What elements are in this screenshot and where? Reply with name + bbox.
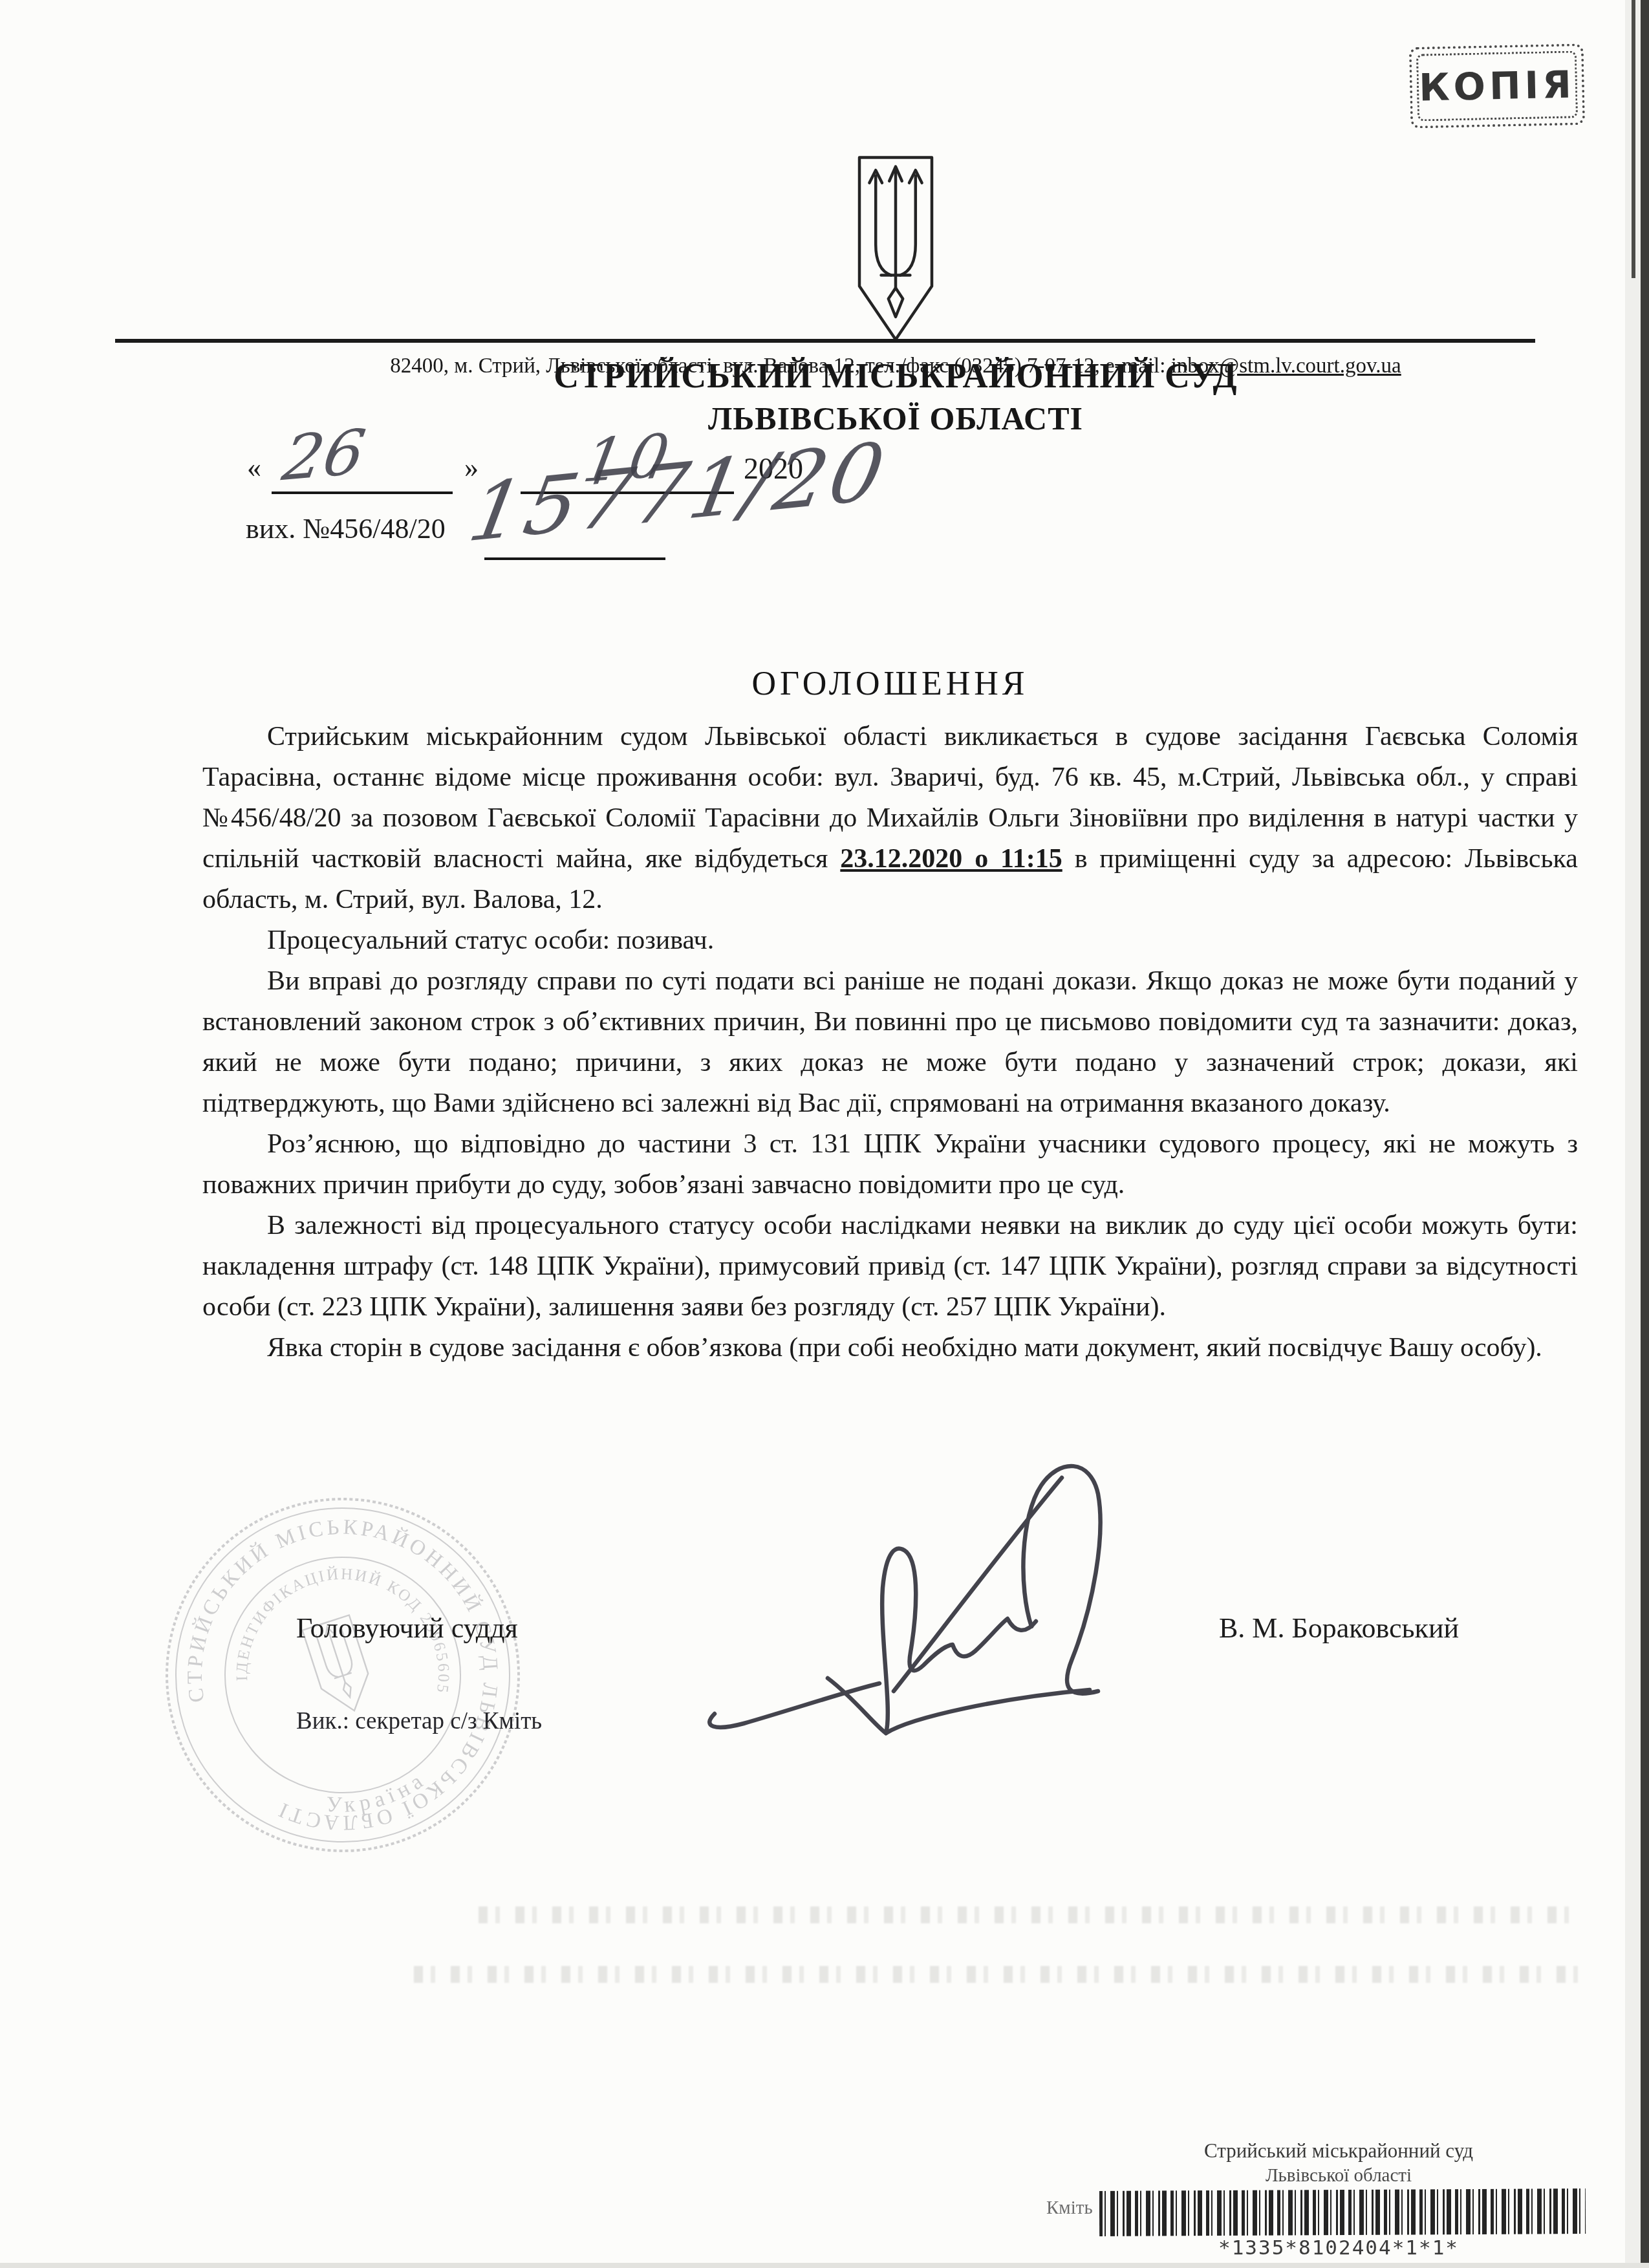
paragraph-evidence: Ви вправі до розгляду справи по суті под…	[202, 961, 1578, 1124]
document-title: ОГОЛОШЕННЯ	[202, 665, 1578, 703]
scan-edge-dark-strip	[1641, 0, 1649, 2268]
presiding-judge-label: Головуючий суддя	[296, 1612, 518, 1645]
executor-line: Вик.: секретар с/з Кміть	[296, 1707, 542, 1735]
copy-stamp-label: КОПІЯ	[1419, 62, 1576, 109]
court-name-line2: ЛЬВІВСЬКОЇ ОБЛАСТІ	[194, 400, 1597, 437]
trident-emblem-icon	[850, 152, 941, 346]
footer-court-name-line2: Львівської області	[1145, 2165, 1533, 2187]
ref-blank-line	[484, 557, 665, 560]
paragraph-notice: Роз’яснюю, що відповідно до частини 3 ст…	[202, 1124, 1578, 1205]
scan-edge-light-strip	[1625, 0, 1641, 2268]
court-address-line: 82400, м. Стрий, Львівської області, вул…	[194, 354, 1597, 378]
court-email: inbox@stm.lv.court.gov.ua	[1171, 354, 1401, 378]
header-rule	[115, 339, 1535, 343]
handwritten-day: 26	[278, 416, 370, 495]
outgoing-ref-label: вих. №456/48/20	[246, 512, 446, 545]
paragraph-status: Процесуальний статус особи: позивач.	[202, 920, 1578, 961]
registration-barcode	[1099, 2188, 1586, 2236]
copy-stamp: КОПІЯ	[1409, 43, 1586, 129]
scan-noise-band	[479, 1906, 1578, 1923]
paragraph-summons: Стрийським міськрайонним судом Львівсько…	[202, 717, 1578, 920]
open-quote: «	[247, 451, 261, 484]
scan-streak-artifact	[1632, 0, 1635, 278]
barcode-number: *1335*8102404*1*1*	[1145, 2236, 1533, 2260]
handwritten-ref-number: 15771/20	[462, 426, 893, 561]
judge-signature	[666, 1439, 1119, 1756]
official-round-stamp: СТРИЙСЬКИЙ МІСЬКРАЙОННИЙ СУД ЛЬВІВСЬКОЇ …	[155, 1487, 530, 1863]
address-text: 82400, м. Стрий, Львівської області, вул…	[390, 354, 1170, 378]
footer-court-name-line1: Стрийський міськрайонний суд	[1145, 2139, 1533, 2163]
day-blank-line	[272, 491, 453, 494]
document-body: Стрийським міськрайонним судом Львівсько…	[202, 717, 1578, 1368]
hearing-datetime: 23.12.2020 о 11:15	[840, 844, 1062, 874]
scanned-court-document: КОПІЯ СТРИЙСЬКИЙ МІСЬКРАЙОННИЙ СУД ЛЬВІВ…	[0, 0, 1649, 2268]
document-header: СТРИЙСЬКИЙ МІСЬКРАЙОННИЙ СУД ЛЬВІВСЬКОЇ …	[194, 152, 1597, 437]
judge-name: В. М. Бораковський	[1219, 1612, 1459, 1645]
scan-noise-band	[414, 1966, 1578, 1983]
paragraph-attendance: Явка сторін в судове засідання є обов’яз…	[202, 1328, 1578, 1368]
paragraph-consequences: В залежності від процесуального статусу …	[202, 1205, 1578, 1328]
footer-clerk-name: Кміть	[1046, 2198, 1093, 2219]
scan-bottom-edge	[0, 2263, 1649, 2268]
copy-stamp-inner-border: КОПІЯ	[1416, 50, 1578, 121]
